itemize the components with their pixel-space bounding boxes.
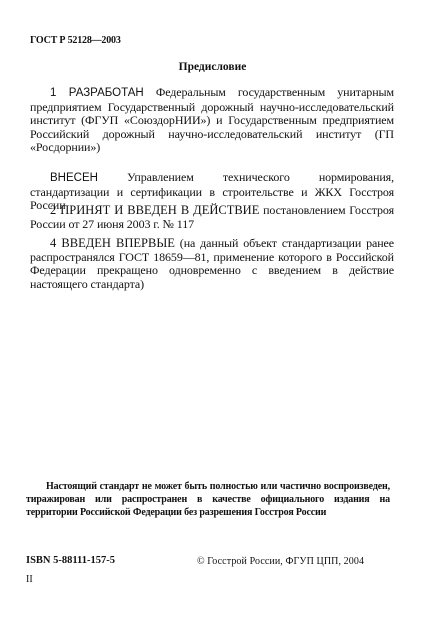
page-number: II (26, 574, 33, 585)
paragraph-adopted: 2 ПРИНЯТ И ВВЕДЕН В ДЕЙСТВИЕ постановлен… (30, 204, 394, 231)
paragraph-lead: 2 ПРИНЯТ И ВВЕДЕН В ДЕЙСТВИЕ (50, 203, 259, 217)
isbn: ISBN 5-88111-157-5 (26, 555, 115, 566)
copyright: © Госстрой России, ФГУП ЦПП, 2004 (197, 556, 364, 567)
document-header: ГОСТ Р 52128—2003 (30, 35, 121, 46)
page-title: Предисловие (0, 61, 425, 73)
paragraph-developed-by: 1 РАЗРАБОТАН Федеральным государственным… (30, 86, 394, 155)
reproduction-notice: Настоящий стандарт не может быть полност… (26, 480, 390, 519)
paragraph-lead: 1 РАЗРАБОТАН (50, 87, 144, 99)
paragraph-lead: 4 ВВЕДЕН ВПЕРВЫЕ (50, 236, 175, 250)
document-page: ГОСТ Р 52128—2003 Предисловие 1 РАЗРАБОТ… (0, 0, 425, 633)
paragraph-lead: ВНЕСЕН (50, 172, 98, 184)
paragraph-first-introduced: 4 ВВЕДЕН ВПЕРВЫЕ (на данный объект станд… (30, 237, 394, 291)
